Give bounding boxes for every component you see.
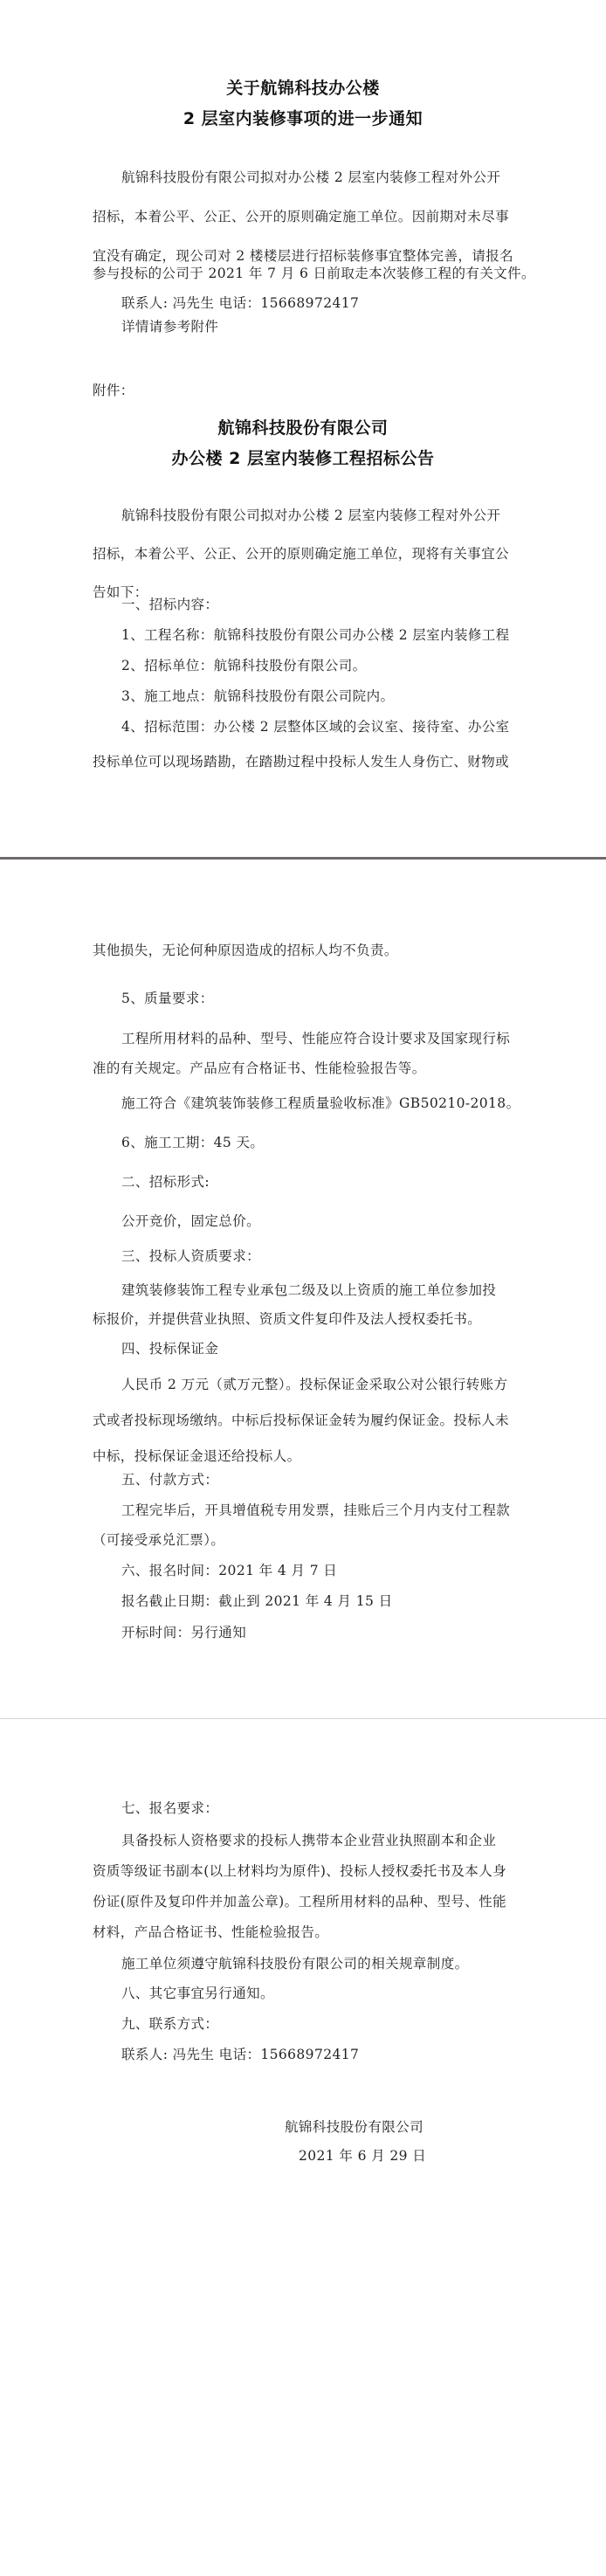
body-line: 工程完毕后，开具增值税专用发票，挂账后三个月内支付工程款: [121, 1502, 510, 1519]
section-heading: 九、联系方式：: [121, 2015, 218, 2033]
body-line: 份证(原件及复印件并加盖公章)。工程所用材料的品种、型号、性能: [93, 1893, 506, 1910]
page-separator: [0, 857, 606, 860]
list-item: 2、招标单位：航锦科技股份有限公司。: [121, 657, 367, 674]
attachment-title-line2: 办公楼 2 层室内装修工程招标公告: [0, 448, 606, 469]
section-heading: 七、报名要求：: [121, 1799, 218, 1817]
notice-body-line: 参与投标的公司于 2021 年 7 月 6 日前取走本次装修工程的有关文件。: [93, 265, 535, 282]
body-line: 工程所用材料的品种、型号、性能应符合设计要求及国家现行标: [121, 1030, 510, 1047]
contact-line: 联系人: 冯先生 电话：15668972417: [121, 2046, 359, 2063]
attachment-label: 附件：: [93, 382, 134, 399]
section-heading: 八、其它事宜另行通知。: [121, 1985, 274, 2002]
page-separator: [0, 1718, 606, 1719]
body-line: 人民币 2 万元（贰万元整）。投标保证金采取公对公银行转账方: [121, 1376, 507, 1393]
body-line: 施工单位须遵守航锦科技股份有限公司的相关规章制度。: [121, 1955, 469, 1972]
section-heading: 一、招标内容：: [121, 596, 218, 613]
notice-contact: 联系人: 冯先生 电话：15668972417: [121, 294, 359, 312]
attachment-title-line1: 航锦科技股份有限公司: [0, 418, 606, 439]
signature-company: 航锦科技股份有限公司: [285, 2118, 424, 2136]
notice-title-line2: 2 层室内装修事项的进一步通知: [0, 108, 606, 129]
section-heading: 四、投标保证金: [121, 1340, 218, 1357]
body-line: （可接受承兑汇票）。: [93, 1531, 224, 1549]
list-item: 3、施工地点：航锦科技股份有限公司院内。: [121, 687, 394, 705]
see-attachment-text: 详情请参考附件: [121, 318, 218, 335]
body-line: 式或者投标现场缴纳。中标后投标保证金转为履约保证金。投标人未: [93, 1412, 509, 1429]
section-heading: 五、付款方式：: [121, 1471, 218, 1488]
attachment-intro-line: 招标，本着公平、公正、公开的原则确定施工单位，现将有关事宜公: [93, 545, 509, 563]
notice-body-line: 招标，本着公平、公正、公开的原则确定施工单位。因前期对未尽事: [93, 208, 509, 225]
list-item: 1、工程名称：航锦科技股份有限公司办公楼 2 层室内装修工程: [121, 626, 510, 644]
body-line: 具备投标人资格要求的投标人携带本企业营业执照副本和企业: [121, 1832, 496, 1849]
body-line: 中标，投标保证金退还给投标人。: [93, 1447, 301, 1465]
registration-deadline: 报名截止日期：截止到 2021 年 4 月 15 日: [121, 1592, 393, 1610]
bid-opening-time: 开标时间：另行通知: [121, 1624, 246, 1641]
body-line: 资质等级证书副本(以上材料均为原件)、投标人授权委托书及本人身: [93, 1862, 506, 1880]
body-line: 标报价，并提供营业执照、资质文件复印件及法人授权委托书。: [93, 1310, 481, 1328]
section-heading: 6、施工工期：45 天。: [121, 1134, 264, 1151]
body-line: 公开竞价，固定总价。: [121, 1212, 260, 1230]
attachment-intro-line: 航锦科技股份有限公司拟对办公楼 2 层室内装修工程对外公开: [121, 507, 500, 524]
body-line: 施工符合《建筑装饰装修工程质量验收标准》GB50210-2018。: [121, 1095, 520, 1112]
section-heading: 5、质量要求：: [121, 990, 214, 1007]
notice-body-line: 航锦科技股份有限公司拟对办公楼 2 层室内装修工程对外公开: [121, 169, 500, 186]
list-item: 4、招标范围：办公楼 2 层整体区域的会议室、接待室、办公室: [121, 718, 510, 736]
section-heading: 二、招标形式:: [121, 1173, 210, 1191]
notice-title-line1: 关于航锦科技办公楼: [0, 78, 606, 99]
body-line: 其他损失，无论何种原因造成的招标人均不负责。: [93, 942, 398, 959]
body-line: 材料，产品合格证书、性能检验报告。: [93, 1923, 328, 1941]
section-heading: 三、投标人资质要求：: [121, 1247, 260, 1265]
signature-date: 2021 年 6 月 29 日: [299, 2147, 426, 2165]
body-line: 投标单位可以现场踏勘，在踏勘过程中投标人发生人身伤亡、财物或: [93, 753, 509, 770]
registration-time: 六、报名时间：2021 年 4 月 7 日: [121, 1562, 337, 1579]
notice-body-line: 宜没有确定，现公司对 2 楼楼层进行招标装修事宜整体完善，请报名: [93, 247, 513, 265]
body-line: 建筑装修装饰工程专业承包二级及以上资质的施工单位参加投: [121, 1281, 496, 1299]
body-line: 准的有关规定。产品应有合格证书、性能检验报告等。: [93, 1060, 426, 1077]
